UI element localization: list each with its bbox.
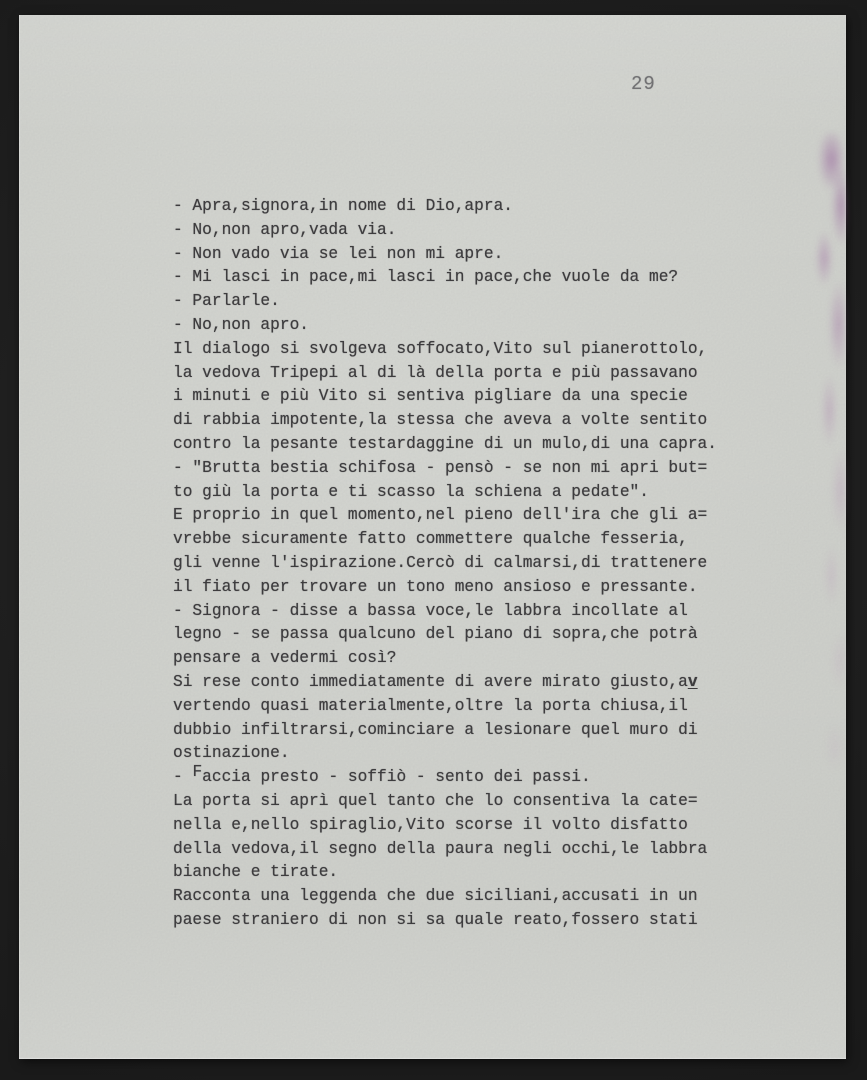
text-segment: - Apra,signora,in nome di Dio,apra. — [173, 197, 513, 215]
page-number: 29 — [631, 75, 656, 94]
text-segment: vertendo quasi materialmente,oltre la po… — [173, 697, 688, 715]
text-line: - Faccia presto - soffiò - sento dei pas… — [173, 766, 717, 790]
text-segment: Si rese conto immediatamente di avere mi… — [173, 673, 688, 691]
text-segment: Racconta una leggenda che due siciliani,… — [173, 887, 698, 905]
text-line: vrebbe sicuramente fatto commettere qual… — [173, 528, 717, 552]
text-segment: Il dialogo si svolgeva soffocato,Vito su… — [173, 340, 707, 358]
text-segment: accia presto - soffiò - sento dei passi. — [202, 768, 591, 786]
text-line: - No,non apro. — [173, 314, 717, 338]
text-line: La porta si aprì quel tanto che lo conse… — [173, 790, 717, 814]
purple-ink-stain — [794, 133, 846, 793]
text-line: - Apra,signora,in nome di Dio,apra. — [173, 195, 717, 219]
text-segment: il fiato per trovare un tono meno ansios… — [173, 578, 698, 596]
text-segment: - "Brutta bestia schifosa - pensò - se n… — [173, 459, 707, 477]
text-line: vertendo quasi materialmente,oltre la po… — [173, 695, 717, 719]
text-segment: ostinazione. — [173, 744, 290, 762]
text-line: - Mi lasci in pace,mi lasci in pace,che … — [173, 266, 717, 290]
text-line: gli venne l'ispirazione.Cercò di calmars… — [173, 552, 717, 576]
text-line: - Non vado via se lei non mi apre. — [173, 243, 717, 267]
text-segment: vrebbe sicuramente fatto commettere qual… — [173, 530, 688, 548]
text-line: la vedova Tripepi al di là della porta e… — [173, 362, 717, 386]
text-line: - Parlarle. — [173, 290, 717, 314]
text-line: di rabbia impotente,la stessa che aveva … — [173, 409, 717, 433]
text-segment: dubbio infiltrarsi,cominciare a lesionar… — [173, 721, 698, 739]
text-segment: La porta si aprì quel tanto che lo conse… — [173, 792, 698, 810]
text-line: nella e,nello spiraglio,Vito scorse il v… — [173, 814, 717, 838]
text-segment: i minuti e più Vito si sentiva pigliare … — [173, 387, 688, 405]
typed-text-block: - Apra,signora,in nome di Dio,apra.- No,… — [173, 195, 717, 933]
text-segment: pensare a vedermi così? — [173, 649, 396, 667]
text-line: - No,non apro,vada via. — [173, 219, 717, 243]
text-line: E proprio in quel momento,nel pieno dell… — [173, 504, 717, 528]
text-line: il fiato per trovare un tono meno ansios… — [173, 576, 717, 600]
text-segment: - Non vado via se lei non mi apre. — [173, 245, 503, 263]
text-segment: - Mi lasci in pace,mi lasci in pace,che … — [173, 268, 678, 286]
text-line: ostinazione. — [173, 742, 717, 766]
text-line: pensare a vedermi così? — [173, 647, 717, 671]
text-line: Racconta una leggenda che due siciliani,… — [173, 885, 717, 909]
text-segment: - No,non apro,vada via. — [173, 221, 396, 239]
text-segment: legno - se passa qualcuno del piano di s… — [173, 625, 698, 643]
text-segment: della vedova,il segno della paura negli … — [173, 840, 707, 858]
text-segment: bianche e tirate. — [173, 863, 338, 881]
text-line: i minuti e più Vito si sentiva pigliare … — [173, 385, 717, 409]
text-line: contro la pesante testardaggine di un mu… — [173, 433, 717, 457]
text-segment: E proprio in quel momento,nel pieno dell… — [173, 506, 707, 524]
scanner-mat: 29 - Apra,signora,in nome di Dio,apra.- … — [0, 0, 867, 1080]
text-line: Il dialogo si svolgeva soffocato,Vito su… — [173, 338, 717, 362]
text-segment: F — [192, 763, 202, 781]
text-segment: v — [688, 673, 698, 691]
text-line: bianche e tirate. — [173, 861, 717, 885]
text-line: legno - se passa qualcuno del piano di s… — [173, 623, 717, 647]
text-line: dubbio infiltrarsi,cominciare a lesionar… — [173, 719, 717, 743]
text-segment: - — [173, 768, 192, 786]
text-segment: - No,non apro. — [173, 316, 309, 334]
text-segment: - Signora - disse a bassa voce,le labbra… — [173, 602, 688, 620]
manuscript-page: 29 - Apra,signora,in nome di Dio,apra.- … — [19, 15, 846, 1059]
text-line: della vedova,il segno della paura negli … — [173, 838, 717, 862]
text-line: to giù la porta e ti scasso la schiena a… — [173, 481, 717, 505]
text-segment: paese straniero di non si sa quale reato… — [173, 911, 698, 929]
text-segment: - Parlarle. — [173, 292, 280, 310]
text-segment: gli venne l'ispirazione.Cercò di calmars… — [173, 554, 707, 572]
text-segment: di rabbia impotente,la stessa che aveva … — [173, 411, 707, 429]
text-segment: la vedova Tripepi al di là della porta e… — [173, 364, 698, 382]
text-line: Si rese conto immediatamente di avere mi… — [173, 671, 717, 695]
text-segment: contro la pesante testardaggine di un mu… — [173, 435, 717, 453]
text-line: paese straniero di non si sa quale reato… — [173, 909, 717, 933]
text-line: - Signora - disse a bassa voce,le labbra… — [173, 600, 717, 624]
text-segment: to giù la porta e ti scasso la schiena a… — [173, 483, 649, 501]
text-segment: nella e,nello spiraglio,Vito scorse il v… — [173, 816, 688, 834]
text-line: - "Brutta bestia schifosa - pensò - se n… — [173, 457, 717, 481]
